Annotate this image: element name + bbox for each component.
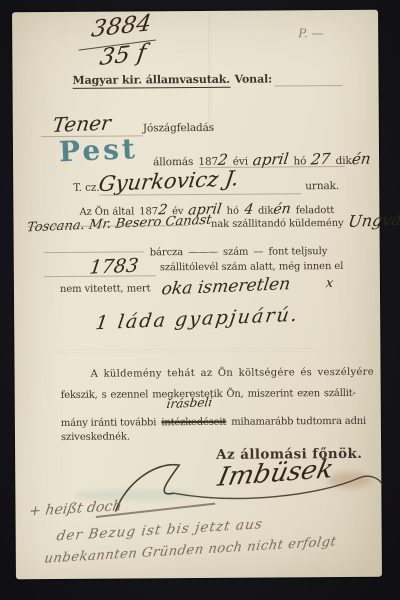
barcza-line: bárcza ——— szám — font teljsuly <box>150 239 328 259</box>
destination-handwritten: Ungvár <box>347 209 400 231</box>
addressee-name-handwritten: Gyurkovicz J. <box>97 166 240 196</box>
notice-line-3-post: mihamarább tudtomra adni <box>231 416 366 428</box>
barcza-left-rule <box>44 251 144 253</box>
weight-label: font teljsuly <box>268 246 327 257</box>
struck-word: intézkedéseit <box>161 417 226 428</box>
railway-name: Magyar kir. államvasutak. <box>72 73 230 89</box>
szam-label: szám <box>223 247 249 258</box>
goods-description-handwritten: 1 láda gyapjuárú. <box>94 304 300 334</box>
consignee-handwritten: Toscana. Mr. Besero Canast <box>26 213 212 236</box>
station-label: állomás <box>153 156 193 168</box>
honorific-label: T. cz. <box>73 182 99 194</box>
consignee-line: Toscana. Mr. Besero Canastnak szállitand… <box>27 211 400 233</box>
suffix-handwritten: én <box>351 149 372 168</box>
corrected-word-wrap: intézkedéseitirásbeli <box>161 410 226 429</box>
nak-szallitando-label: nak szállitandó küldemény <box>211 218 344 230</box>
paper-crease-horizontal <box>54 348 354 353</box>
reference-mark-handwritten: x <box>325 276 334 291</box>
urnak-label: urnak. <box>305 180 339 192</box>
scanned-photo: { "colors": { "background": "#141318", "… <box>0 0 400 600</box>
waybill-label: szállitólevél szám alatt, még innen el <box>160 261 344 273</box>
line-blank-rule <box>275 85 343 86</box>
reason-label: nem vitetett, mert <box>60 283 151 295</box>
document-paper: 3884 35 f P. — Magyar kir. államvasutak.… <box>12 10 382 580</box>
goods-dispatch-label: Jószágfeladás <box>143 122 214 134</box>
addressee-blank-rule <box>99 193 301 195</box>
stamp-text: Pest <box>58 132 138 168</box>
notice-line-3-pre: mány iránti további <box>61 417 156 429</box>
fee-amount-handwritten: 35 f <box>98 40 148 71</box>
paper-crease-vertical <box>208 11 212 131</box>
barcza-dash1: ——— <box>188 247 218 258</box>
pencil-note: P. — <box>298 26 323 40</box>
notice-line-1: A küldemény tehát az Ön költségére és ve… <box>91 367 374 380</box>
barcza-label: bárcza <box>150 247 183 258</box>
notice-line-3: mány iránti további intézkedéseitirásbel… <box>61 409 366 430</box>
reason-handwritten: oka ismeretlen <box>160 274 291 299</box>
pest-station-stamp: Pest <box>59 133 138 167</box>
signature-block: Imbüsek <box>107 452 389 518</box>
line-label: Vonal: <box>234 72 272 85</box>
inserted-word-handwritten: irásbeli <box>166 395 213 411</box>
barcza-dash2: — <box>253 247 263 258</box>
notice-line-4: sziveskednék. <box>61 431 130 442</box>
file-number-handwritten: 3884 <box>90 10 153 42</box>
